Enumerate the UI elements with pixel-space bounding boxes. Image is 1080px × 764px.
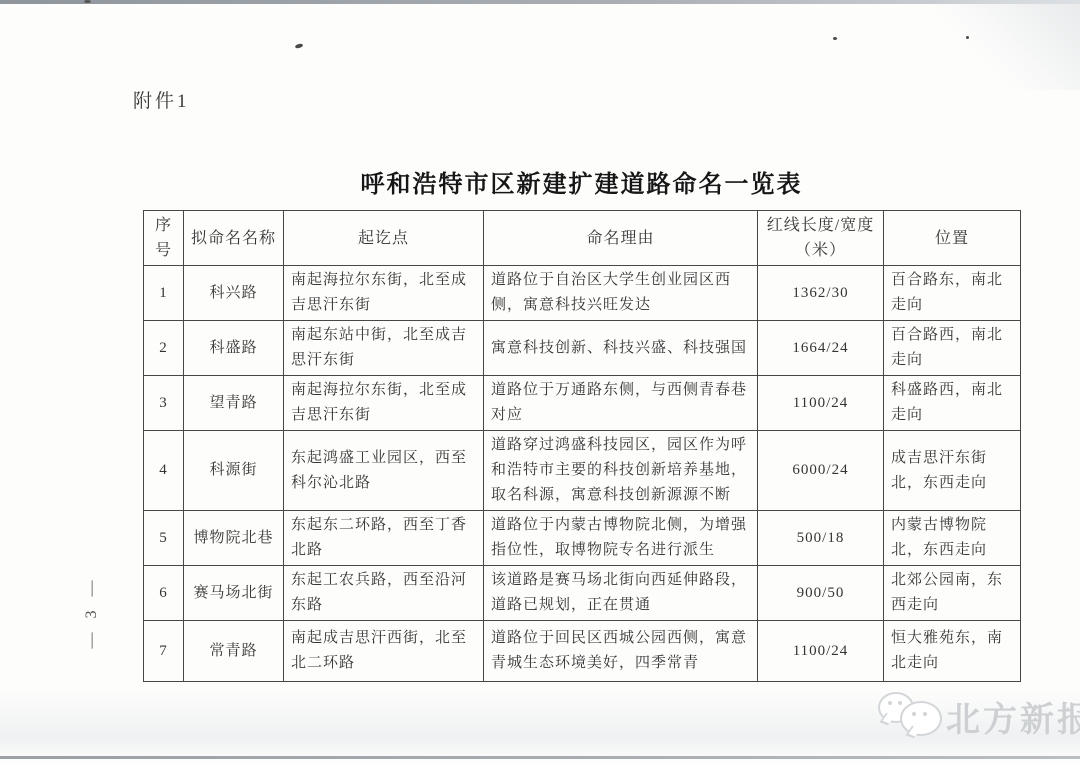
cell-road-name: 科兴路 bbox=[184, 266, 284, 321]
cell-number: 6 bbox=[144, 566, 184, 621]
cell-dimensions: 1362/30 bbox=[758, 266, 884, 321]
cell-endpoints: 南起海拉尔东街，北至成吉思汗东街 bbox=[284, 266, 484, 321]
attachment-label: 附件1 bbox=[133, 86, 190, 113]
table-row: 7 常青路 南起成吉思汗西街，北至北二环路 道路位于回民区西城公园西侧，寓意青城… bbox=[144, 621, 1021, 682]
cell-dimensions: 1100/24 bbox=[758, 621, 884, 682]
brand-name: 北方新报 bbox=[946, 692, 1080, 741]
column-header-location: 位置 bbox=[884, 211, 1021, 266]
cell-endpoints: 南起海拉尔东街，北至成吉思汗东街 bbox=[284, 376, 484, 431]
cell-number: 5 bbox=[144, 511, 184, 566]
cell-dimensions: 500/18 bbox=[758, 511, 884, 566]
cell-reason: 寓意科技创新、科技兴盛、科技强国 bbox=[484, 321, 758, 376]
cell-location: 北郊公园南，东西走向 bbox=[884, 566, 1021, 621]
cell-location: 内蒙古博物院北，东西走向 bbox=[884, 511, 1021, 566]
news-brand-watermark: 北方新报 bbox=[874, 686, 1074, 746]
cell-endpoints: 南起东站中街，北至成吉思汗东街 bbox=[284, 321, 484, 376]
scan-speck bbox=[295, 43, 304, 49]
table-row: 2 科盛路 南起东站中街，北至成吉思汗东街 寓意科技创新、科技兴盛、科技强国 1… bbox=[144, 321, 1021, 376]
cell-reason: 道路位于自治区大学生创业园区西侧，寓意科技兴旺发达 bbox=[484, 266, 758, 321]
bubble-eye bbox=[923, 712, 927, 716]
cell-endpoints: 东起鸿盛工业园区，西至科尔沁北路 bbox=[284, 431, 484, 511]
cell-road-name: 博物院北巷 bbox=[184, 511, 284, 566]
cell-dimensions: 900/50 bbox=[758, 566, 884, 621]
cell-endpoints: 东起工农兵路，西至沿河东路 bbox=[284, 566, 484, 621]
cell-reason: 道路位于回民区西城公园西侧，寓意青城生态环境美好，四季常青 bbox=[484, 621, 758, 682]
table-row: 1 科兴路 南起海拉尔东街，北至成吉思汗东街 道路位于自治区大学生创业园区西侧，… bbox=[144, 266, 1021, 321]
cell-road-name: 科源街 bbox=[184, 431, 284, 511]
cell-road-name: 常青路 bbox=[184, 621, 284, 682]
bubble-eye bbox=[888, 701, 892, 705]
cell-road-name: 赛马场北街 bbox=[184, 566, 284, 621]
table-row: 4 科源街 东起鸿盛工业园区，西至科尔沁北路 道路穿过鸿盛科技园区，园区作为呼和… bbox=[144, 431, 1021, 511]
page-number: — 3 — bbox=[83, 557, 103, 667]
bubble-eye bbox=[898, 701, 902, 705]
cell-reason: 道路位于万通路东侧，与西侧青春巷对应 bbox=[484, 376, 758, 431]
cell-dimensions: 1664/24 bbox=[758, 321, 884, 376]
cell-location: 成吉思汗东街北，东西走向 bbox=[884, 431, 1021, 511]
cell-number: 3 bbox=[144, 376, 184, 431]
table-row: 6 赛马场北街 东起工农兵路，西至沿河东路 该道路是赛马场北街向西延伸路段，道路… bbox=[144, 566, 1021, 621]
cell-reason: 该道路是赛马场北街向西延伸路段，道路已规划，正在贯通 bbox=[484, 566, 758, 621]
scan-top-edge bbox=[0, 0, 1080, 4]
road-naming-table: 序号 拟命名名称 起讫点 命名理由 红线长度/宽度（米） 位置 1 科兴路 南起… bbox=[143, 210, 1021, 682]
scan-bottom-edge bbox=[0, 756, 1080, 759]
cell-reason: 道路位于内蒙古博物院北侧，为增强指位性，取博物院专名进行派生 bbox=[484, 511, 758, 566]
column-header-endpoints: 起讫点 bbox=[284, 211, 484, 266]
column-header-reason: 命名理由 bbox=[484, 211, 758, 266]
document-title: 呼和浩特市区新建扩建道路命名一览表 bbox=[143, 164, 1020, 199]
cell-location: 恒大雅苑东，南北走向 bbox=[884, 621, 1021, 682]
scan-speck bbox=[966, 36, 969, 39]
scan-speck bbox=[84, 0, 91, 3]
cell-road-name: 科盛路 bbox=[184, 321, 284, 376]
cell-number: 4 bbox=[144, 431, 184, 511]
cell-location: 百合路东，南北走向 bbox=[884, 266, 1021, 321]
cell-road-name: 望青路 bbox=[184, 376, 284, 431]
cell-dimensions: 6000/24 bbox=[758, 431, 884, 511]
wechat-bubbles-icon bbox=[900, 701, 942, 736]
cell-location: 百合路西，南北走向 bbox=[884, 321, 1021, 376]
table-row: 5 博物院北巷 东起东二环路，西至丁香北路 道路位于内蒙古博物院北侧，为增强指位… bbox=[144, 511, 1021, 566]
cell-dimensions: 1100/24 bbox=[758, 376, 884, 431]
table-row: 3 望青路 南起海拉尔东街，北至成吉思汗东街 道路位于万通路东侧，与西侧青春巷对… bbox=[144, 376, 1021, 431]
cell-location: 科盛路西，南北走向 bbox=[884, 376, 1021, 431]
column-header-number: 序号 bbox=[144, 211, 184, 266]
scan-corner-shade bbox=[930, 0, 1080, 90]
bubble-eye bbox=[912, 712, 916, 716]
bubble-tail bbox=[880, 713, 895, 726]
table-header-row: 序号 拟命名名称 起讫点 命名理由 红线长度/宽度（米） 位置 bbox=[144, 211, 1021, 266]
cell-number: 1 bbox=[144, 266, 184, 321]
bubble-tail bbox=[906, 726, 921, 739]
column-header-proposed-name: 拟命名名称 bbox=[184, 211, 284, 266]
cell-number: 7 bbox=[144, 621, 184, 682]
cell-reason: 道路穿过鸿盛科技园区，园区作为呼和浩特市主要的科技创新培养基地，取名科源，寓意科… bbox=[484, 431, 758, 511]
cell-endpoints: 东起东二环路，西至丁香北路 bbox=[284, 511, 484, 566]
cell-endpoints: 南起成吉思汗西街，北至北二环路 bbox=[284, 621, 484, 682]
column-header-dimensions: 红线长度/宽度（米） bbox=[758, 211, 884, 266]
scan-speck bbox=[833, 37, 837, 40]
cell-number: 2 bbox=[144, 321, 184, 376]
